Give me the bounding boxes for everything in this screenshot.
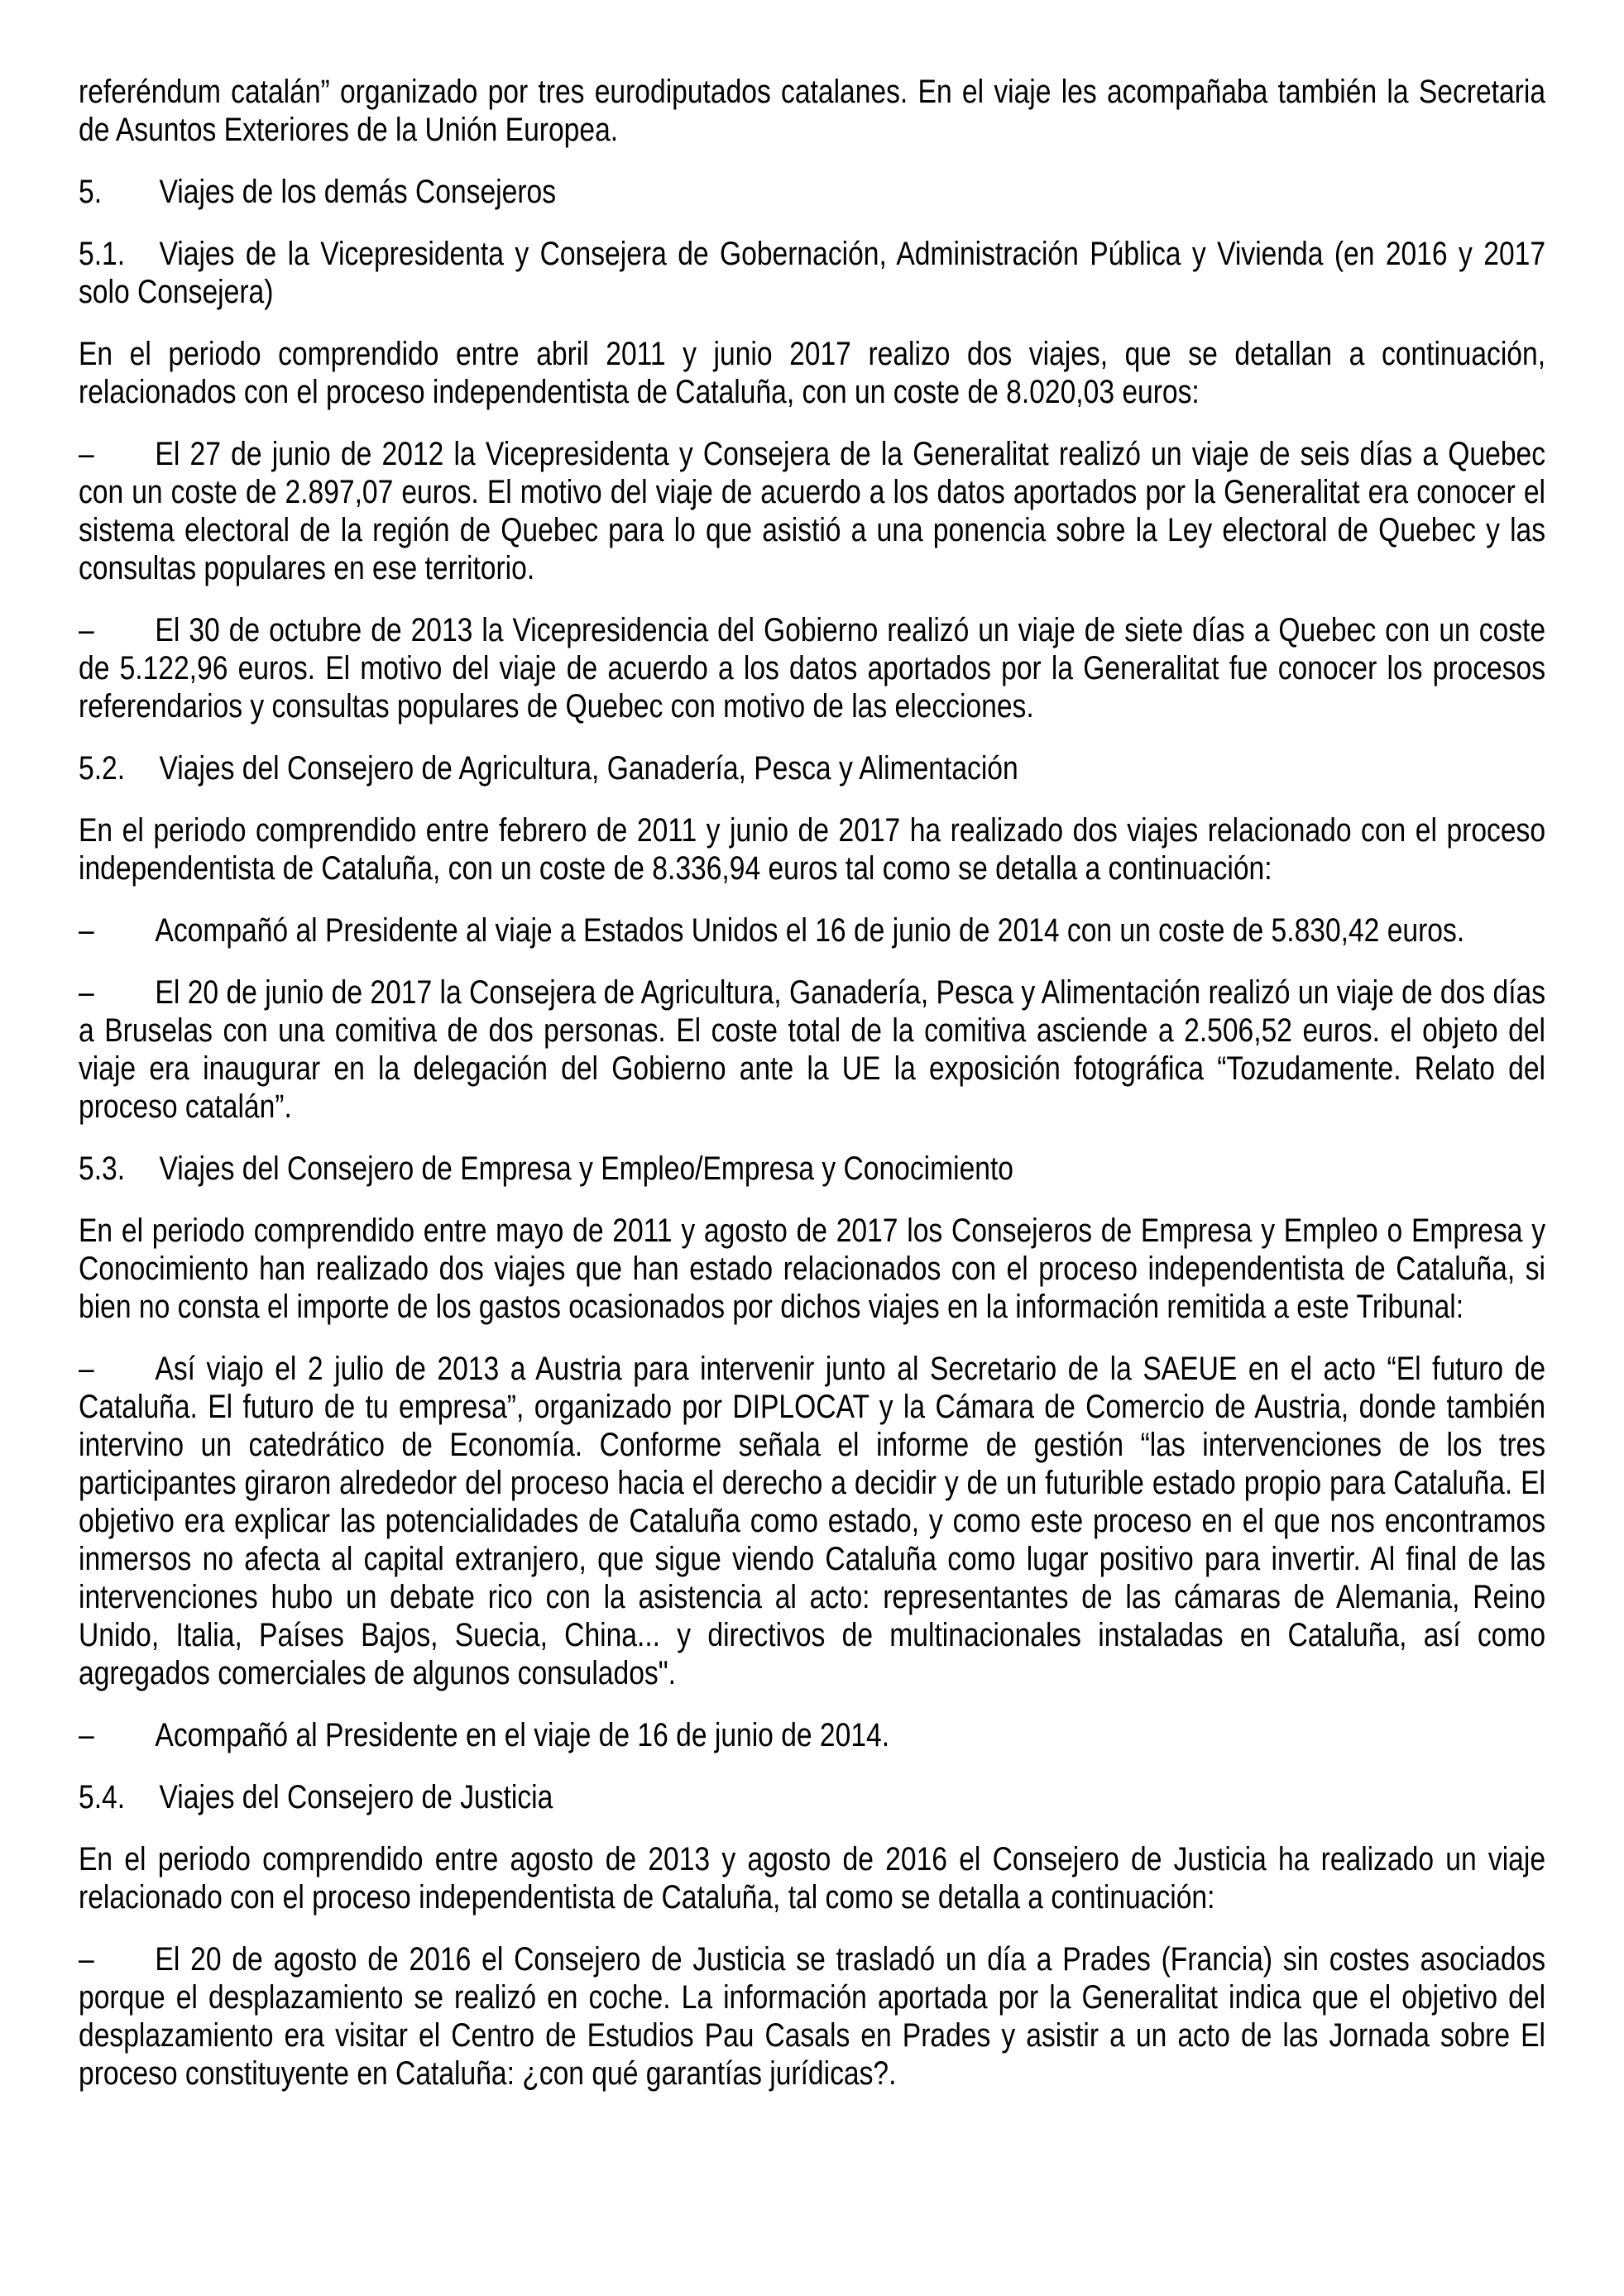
paragraph: En el periodo comprendido entre agosto d… — [79, 1840, 1545, 1916]
list-item: –Acompañó al Presidente al viaje a Estad… — [79, 911, 1545, 949]
paragraph: En el periodo comprendido entre abril 20… — [79, 335, 1545, 411]
section-number: 5.1. — [79, 235, 159, 273]
list-item: –El 30 de octubre de 2013 la Vicepreside… — [79, 611, 1545, 725]
dash-bullet: – — [79, 1716, 155, 1754]
dash-bullet: – — [79, 1940, 155, 1978]
list-item: –Acompañó al Presidente en el viaje de 1… — [79, 1716, 1545, 1754]
section-heading: 5.1.Viajes de la Vicepresidenta y Consej… — [79, 235, 1545, 311]
text-run: El 20 de agosto de 2016 el Consejero de … — [79, 1941, 1545, 2092]
text-run: referéndum catalán” organizado por tres … — [79, 74, 1545, 148]
text-run: Viajes del Consejero de Empresa y Empleo… — [159, 1150, 1013, 1187]
section-number: 5.3. — [79, 1150, 159, 1188]
text-run: En el periodo comprendido entre mayo de … — [79, 1213, 1545, 1325]
dash-bullet: – — [79, 911, 155, 949]
text-run: El 30 de octubre de 2013 la Vicepresiden… — [79, 612, 1545, 725]
list-item: –Así viajo el 2 julio de 2013 a Austria … — [79, 1350, 1545, 1692]
text-run: En el periodo comprendido entre agosto d… — [79, 1841, 1545, 1916]
text-run: Acompañó al Presidente al viaje a Estado… — [155, 912, 1464, 949]
text-run: Viajes del Consejero de Justicia — [159, 1779, 553, 1815]
document-content: referéndum catalán” organizado por tres … — [79, 73, 1545, 2117]
text-run: Viajes del Consejero de Agricultura, Gan… — [159, 750, 1018, 787]
list-item: –El 20 de agosto de 2016 el Consejero de… — [79, 1940, 1545, 2093]
dash-bullet: – — [79, 611, 155, 649]
section-number: 5. — [79, 173, 159, 211]
paragraph: En el periodo comprendido entre mayo de … — [79, 1212, 1545, 1326]
section-heading: 5.Viajes de los demás Consejeros — [79, 173, 1545, 211]
list-item: –El 27 de junio de 2012 la Vicepresident… — [79, 435, 1545, 587]
dash-bullet: – — [79, 1350, 155, 1388]
document-page: referéndum catalán” organizado por tres … — [0, 0, 1624, 2296]
paragraph: En el periodo comprendido entre febrero … — [79, 811, 1545, 887]
dash-bullet: – — [79, 973, 155, 1012]
text-run: En el periodo comprendido entre abril 20… — [79, 336, 1545, 410]
text-run: En el periodo comprendido entre febrero … — [79, 812, 1545, 887]
text-run: Acompañó al Presidente en el viaje de 16… — [155, 1717, 889, 1753]
text-run: Viajes de la Vicepresidenta y Consejera … — [79, 236, 1545, 310]
text-run: Viajes de los demás Consejeros — [159, 174, 556, 210]
section-heading: 5.3.Viajes del Consejero de Empresa y Em… — [79, 1150, 1545, 1188]
section-heading: 5.2.Viajes del Consejero de Agricultura,… — [79, 749, 1545, 787]
section-heading: 5.4.Viajes del Consejero de Justicia — [79, 1778, 1545, 1816]
text-run: El 27 de junio de 2012 la Vicepresidenta… — [79, 436, 1545, 586]
list-item: –El 20 de junio de 2017 la Consejera de … — [79, 973, 1545, 1126]
section-number: 5.4. — [79, 1778, 159, 1816]
text-run: El 20 de junio de 2017 la Consejera de A… — [79, 974, 1545, 1125]
text-run: Así viajo el 2 julio de 2013 a Austria p… — [79, 1351, 1545, 1691]
section-number: 5.2. — [79, 749, 159, 787]
dash-bullet: – — [79, 435, 155, 473]
paragraph: referéndum catalán” organizado por tres … — [79, 73, 1545, 149]
